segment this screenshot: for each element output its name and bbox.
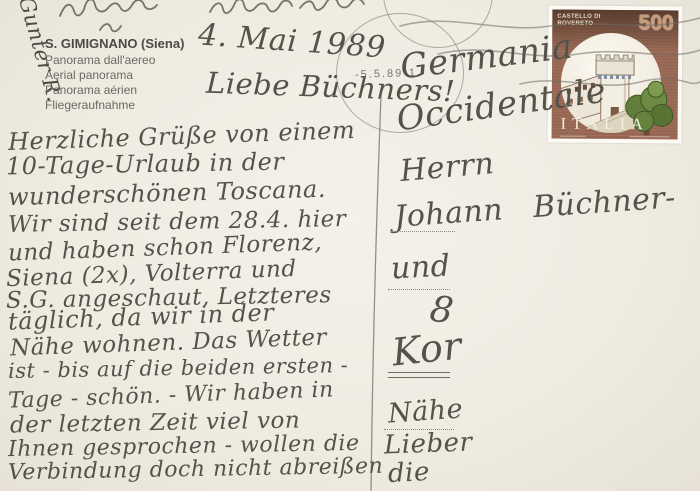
address-recipient-name: Johann Büchner- [393, 182, 677, 233]
postcard-back: Gunter R. S. GIMIGNANO (Siena) Panorama … [0, 0, 700, 491]
overflow-line: die [387, 459, 430, 488]
overflow-line: Lieber [384, 429, 473, 459]
stamp-value: 500 [638, 11, 673, 35]
message-line: wunderschönen Toscana. [8, 177, 327, 211]
address-recipient-title: Herrn [399, 148, 496, 188]
caption-line-italian: Panorama dall'aereo [45, 53, 184, 68]
caption-title: S. GIMIGNANO (Siena) [45, 36, 184, 51]
message-line: Verbindung doch nicht abreißen [8, 455, 384, 485]
caption-line-german: Fliegeraufnahme [45, 98, 184, 113]
address-dotted-line [391, 231, 455, 232]
stamp-series-name: CASTELLO DI ROVERETO [557, 14, 600, 27]
stamp-imprint-mark [630, 136, 670, 137]
stamp-imprint-mark [560, 136, 586, 137]
caption-line-french: Panorama aérien [45, 83, 184, 98]
caption-block: S. GIMIGNANO (Siena) Panorama dall'aereo… [45, 36, 184, 113]
address-connector: und [390, 250, 451, 285]
caption-line-english: Aerial panorama [45, 68, 184, 83]
address-city: Kor [390, 326, 464, 373]
message-line: 10-Tage-Urlaub in der [6, 150, 285, 180]
address-double-line [388, 372, 450, 378]
stamp-country: ITALIA [561, 116, 649, 135]
overflow-line: Nähe [387, 395, 464, 429]
